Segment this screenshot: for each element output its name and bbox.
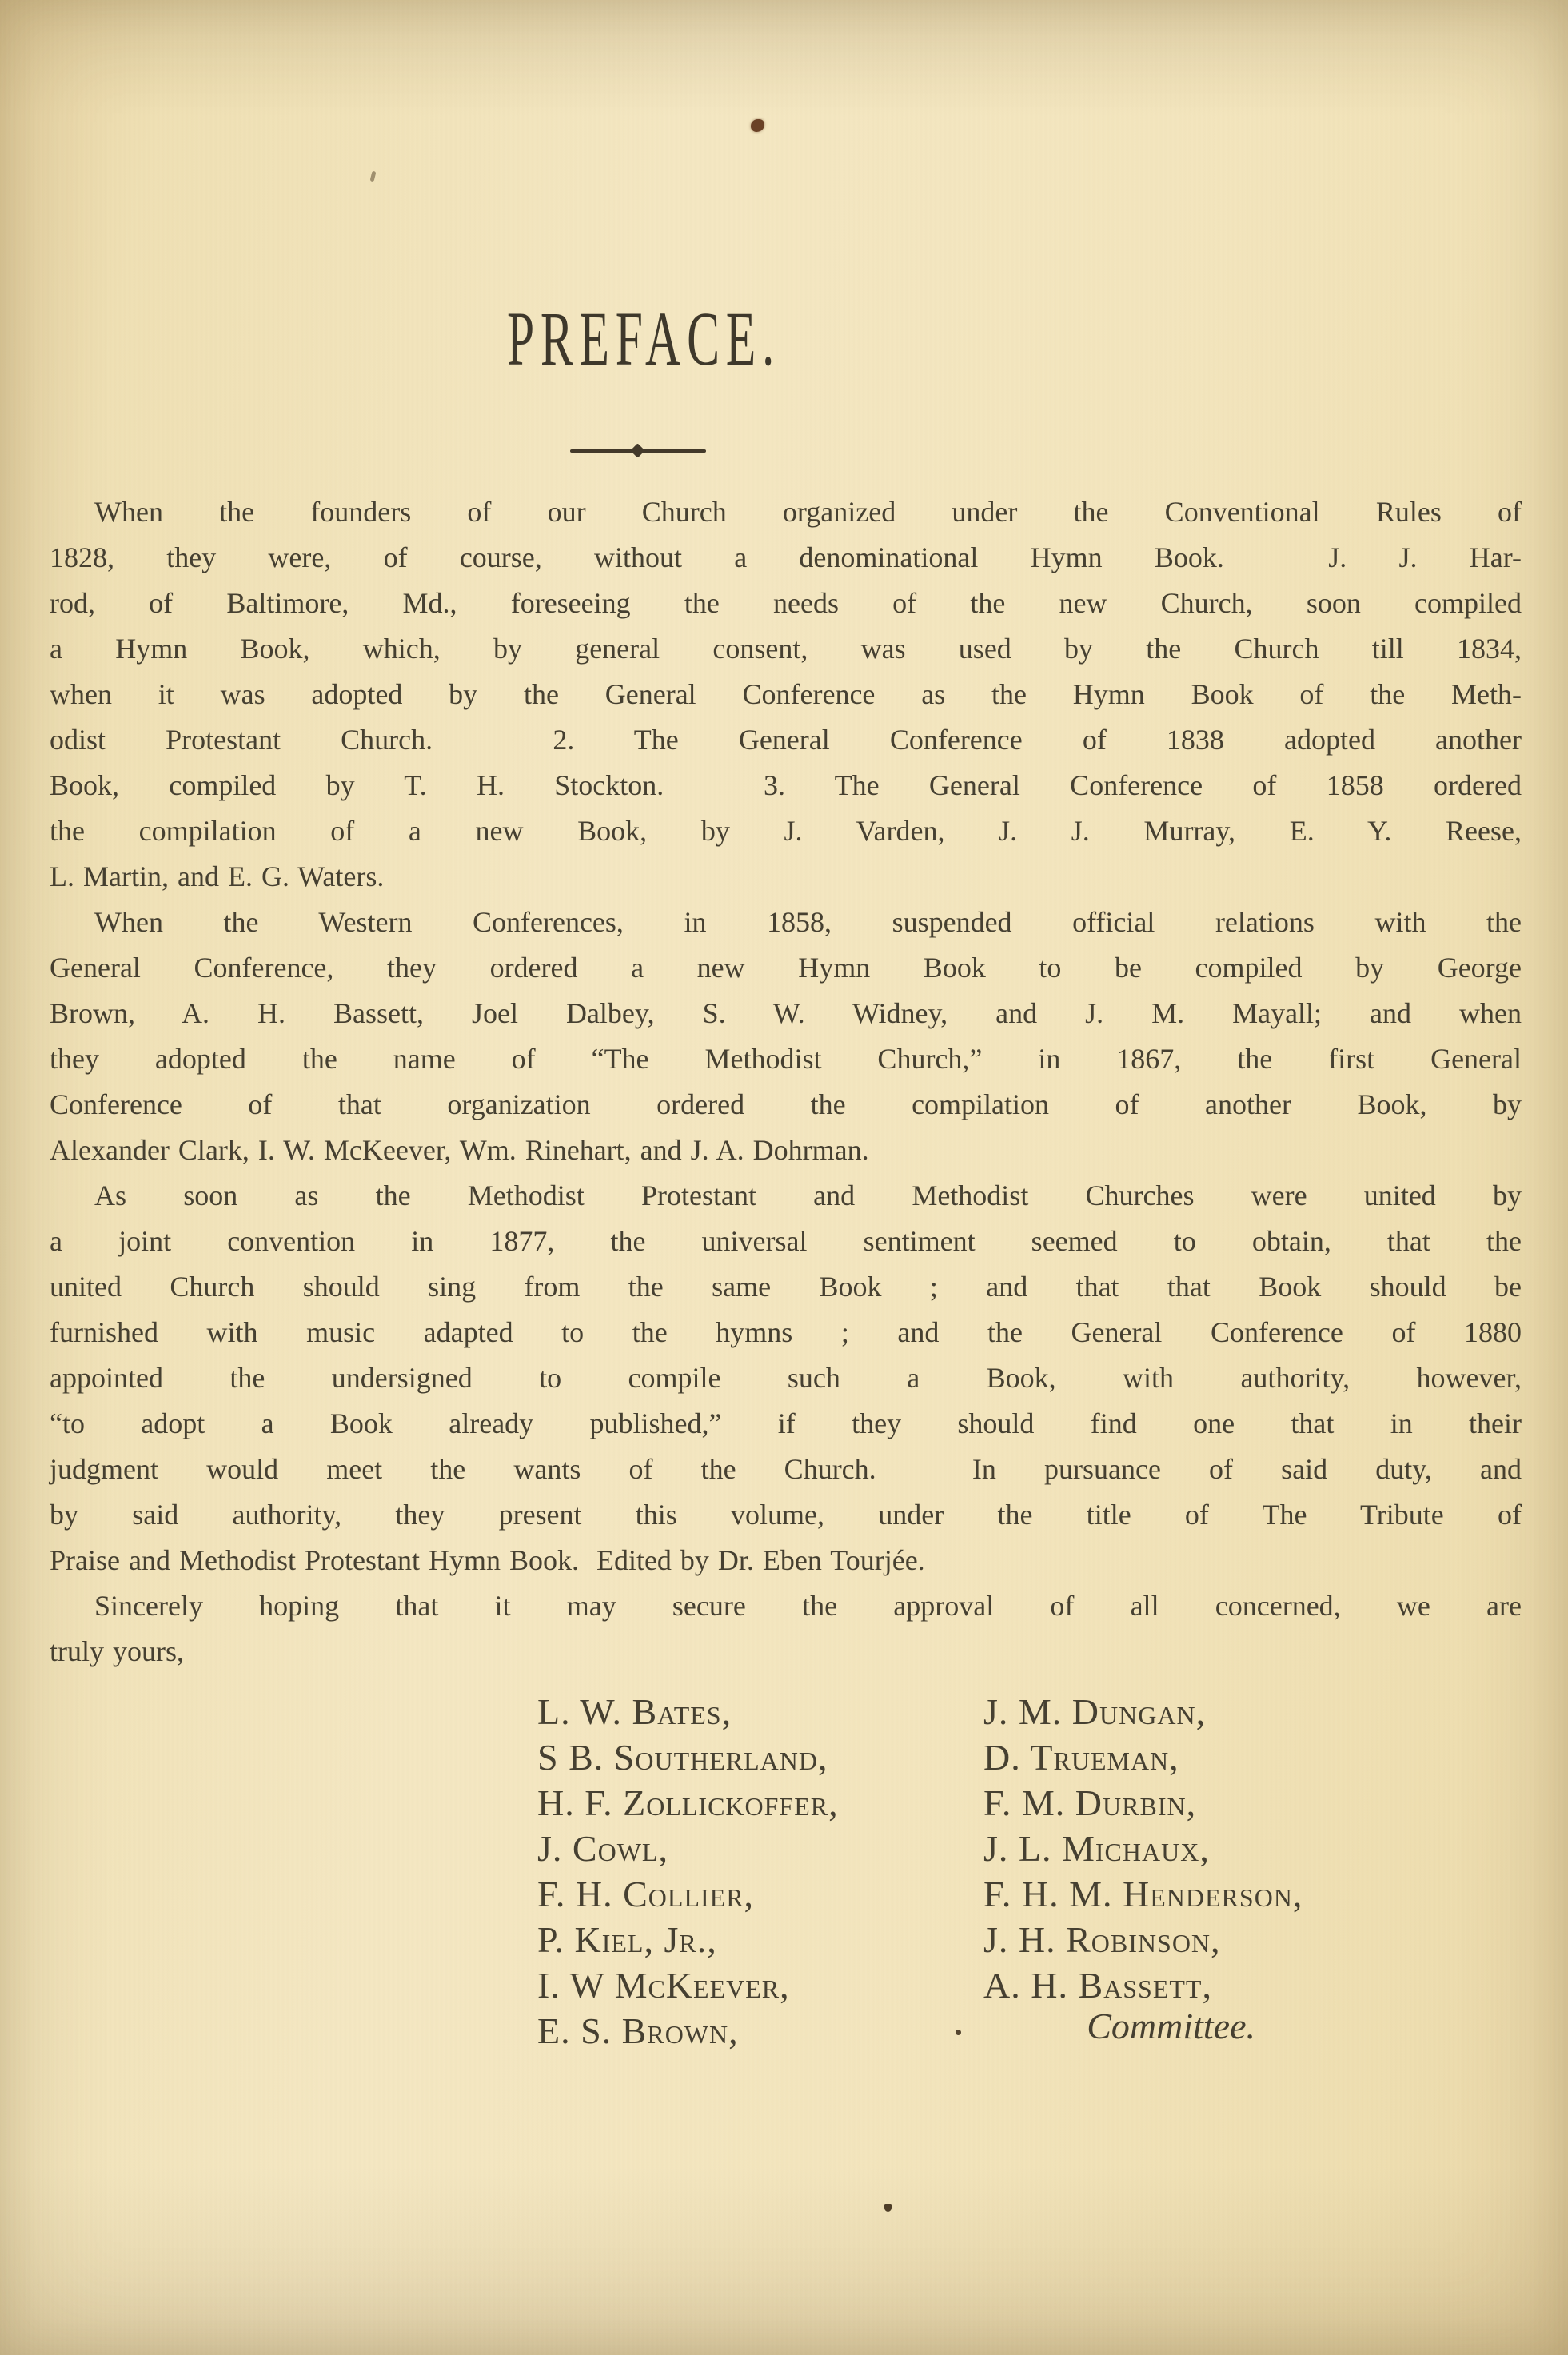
text-line: As soon as the Methodist Protestant and … <box>50 1173 1522 1219</box>
committee-name: D. Trueman, <box>983 1734 1255 1780</box>
page-title: PREFACE. <box>449 294 838 383</box>
text-line: by said authority, they present this vol… <box>50 1492 1522 1538</box>
text-line: L. Martin, and E. G. Waters. <box>50 854 1522 900</box>
text-line: “to adopt a Book already published,” if … <box>50 1401 1522 1447</box>
committee-name: J. L. Michaux, <box>983 1826 1255 1871</box>
text-line: a Hymn Book, which, by general consent, … <box>50 626 1522 672</box>
text-line: they adopted the name of “The Methodist … <box>50 1036 1522 1082</box>
text-line: Praise and Methodist Protestant Hymn Boo… <box>50 1538 1522 1583</box>
text-line: When the founders of our Church organize… <box>50 489 1522 535</box>
text-line: the compilation of a new Book, by J. Var… <box>50 808 1522 854</box>
committee-name: J. H. Robinson, <box>983 1917 1255 1962</box>
text-line: appointed the undersigned to compile suc… <box>50 1355 1522 1401</box>
committee-name: F. H. Collier, <box>537 1871 983 1917</box>
committee-name: L. W. Bates, <box>537 1689 983 1734</box>
committee-name: P. Kiel, Jr., <box>537 1917 983 1962</box>
text-line: Conference of that organization ordered … <box>50 1082 1522 1128</box>
text-line: Alexander Clark, I. W. McKeever, Wm. Rin… <box>50 1128 1522 1173</box>
committee-name: F. M. Durbin, <box>983 1780 1255 1826</box>
text-line: furnished with music adapted to the hymn… <box>50 1310 1522 1355</box>
text-line: truly yours, <box>50 1629 1522 1674</box>
divider-diamond-icon <box>630 443 644 457</box>
text-line: 1828, they were, of course, without a de… <box>50 535 1522 581</box>
committee-name: J. Cowl, <box>537 1826 983 1871</box>
paper-mark <box>370 171 377 182</box>
text-line: When the Western Conferences, in 1858, s… <box>50 900 1522 945</box>
committee-name: F. H. M. Henderson, <box>983 1871 1255 1917</box>
committee-name: I. W McKeever, <box>537 1962 983 2008</box>
text-line: General Conference, they ordered a new H… <box>50 945 1522 991</box>
text-line: judgment would meet the wants of the Chu… <box>50 1447 1522 1492</box>
committee-name: S B. Southerland, <box>537 1734 983 1780</box>
committee-name: A. H. Bassett, <box>983 1962 1255 2008</box>
scanned-book-page: PREFACE. When the founders of our Church… <box>0 0 1568 2355</box>
ink-stain <box>751 119 764 132</box>
text-line: rod, of Baltimore, Md., foreseeing the n… <box>50 581 1522 626</box>
title-divider-ornament <box>570 445 706 457</box>
committee-name: J. M. Dungan, <box>983 1689 1255 1734</box>
preface-body: When the founders of our Church organize… <box>50 489 1522 1674</box>
committee-column-left: L. W. Bates, S B. Southerland, H. F. Zol… <box>537 1689 983 2054</box>
text-line: when it was adopted by the General Confe… <box>50 672 1522 717</box>
committee-column-right: J. M. Dungan, D. Trueman, F. M. Durbin, … <box>983 1689 1255 2008</box>
text-line: a joint convention in 1877, the universa… <box>50 1219 1522 1264</box>
text-line: Sincerely hoping that it may secure the … <box>50 1583 1522 1629</box>
text-line: united Church should sing from the same … <box>50 1264 1522 1310</box>
text-line: odist Protestant Church. 2. The General … <box>50 717 1522 763</box>
paper-speck <box>884 2204 892 2212</box>
committee-name: H. F. Zollickoffer, <box>537 1780 983 1826</box>
committee-signature: Committee. <box>983 2003 1255 2049</box>
text-line: Book, compiled by T. H. Stockton. 3. The… <box>50 763 1522 808</box>
text-line: Brown, A. H. Bassett, Joel Dalbey, S. W.… <box>50 991 1522 1036</box>
committee-name: E. S. Brown, <box>537 2008 983 2054</box>
